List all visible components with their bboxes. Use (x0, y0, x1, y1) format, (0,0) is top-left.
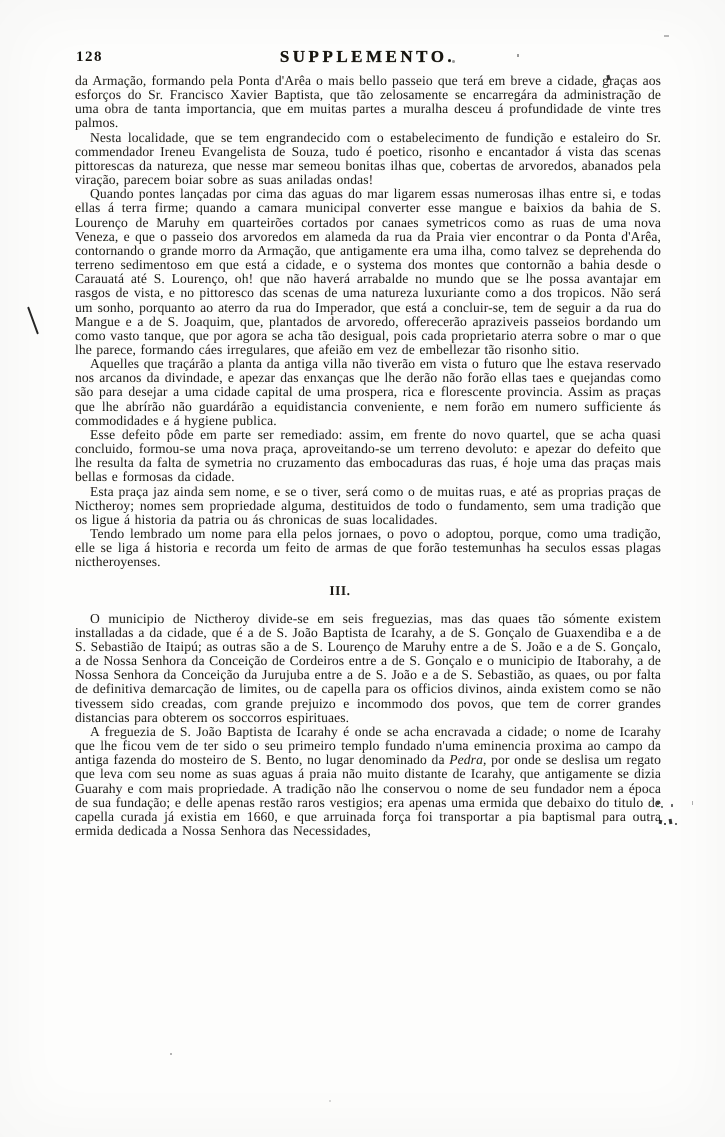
ink-speck (329, 1100, 331, 1102)
paragraph: Esta praça jaz ainda sem nome, e se o ti… (75, 485, 661, 527)
paragraph: Tendo lembrado um nome para ella pelos j… (75, 527, 661, 569)
ink-speck (452, 60, 455, 63)
paragraph: Quando pontes lançadas por cima das agua… (75, 187, 661, 357)
italic-text: Pedra (449, 752, 483, 767)
text-segment: Nesta localidade, que se tem engrandecid… (75, 130, 661, 187)
running-title: SUPPLEMENTO. (75, 47, 660, 67)
paragraph: Nesta localidade, que se tem engrandecid… (75, 131, 661, 188)
ink-speck (692, 801, 693, 805)
text-segment: Quando pontes lançadas por cima das agua… (75, 186, 661, 357)
ink-speck (669, 819, 673, 824)
paragraph: Aquelles que traçárão a planta da antiga… (75, 357, 661, 428)
section-heading: III. (75, 584, 661, 598)
paragraph: O municipio de Nictheroy divide-se em se… (75, 612, 661, 725)
text-segment: Esse defeito pôde em parte ser remediado… (75, 427, 661, 484)
ink-speck (671, 804, 673, 807)
text-segment: Aquelles que traçárão a planta da antiga… (75, 356, 661, 428)
margin-pen-stroke (27, 307, 39, 335)
text-segment: O municipio de Nictheroy divide-se em se… (75, 611, 661, 725)
text-segment: Esta praça jaz ainda sem nome, e se o ti… (75, 484, 661, 527)
text-block: da Armação, formando pela Ponta d'Arêa o… (75, 74, 661, 838)
text-segment: da Armação, formando pela Ponta d'Arêa o… (75, 73, 661, 130)
book-page: 128 SUPPLEMENTO. da Armação, formando pe… (0, 0, 725, 1137)
paragraph: Esse defeito pôde em parte ser remediado… (75, 428, 661, 485)
ink-speck (463, 743, 465, 745)
ink-speck (664, 823, 666, 825)
paragraph: da Armação, formando pela Ponta d'Arêa o… (75, 74, 661, 131)
ink-speck (664, 35, 669, 37)
ink-speck (659, 820, 663, 825)
ink-speck (517, 54, 519, 57)
ink-speck (657, 801, 659, 805)
paragraph: A freguezia de S. João Baptista de Icara… (75, 725, 661, 838)
ink-speck (170, 1053, 172, 1055)
ink-speck (661, 806, 663, 808)
text-segment: Tendo lembrado um nome para ella pelos j… (75, 526, 661, 569)
ink-speck (675, 823, 677, 825)
